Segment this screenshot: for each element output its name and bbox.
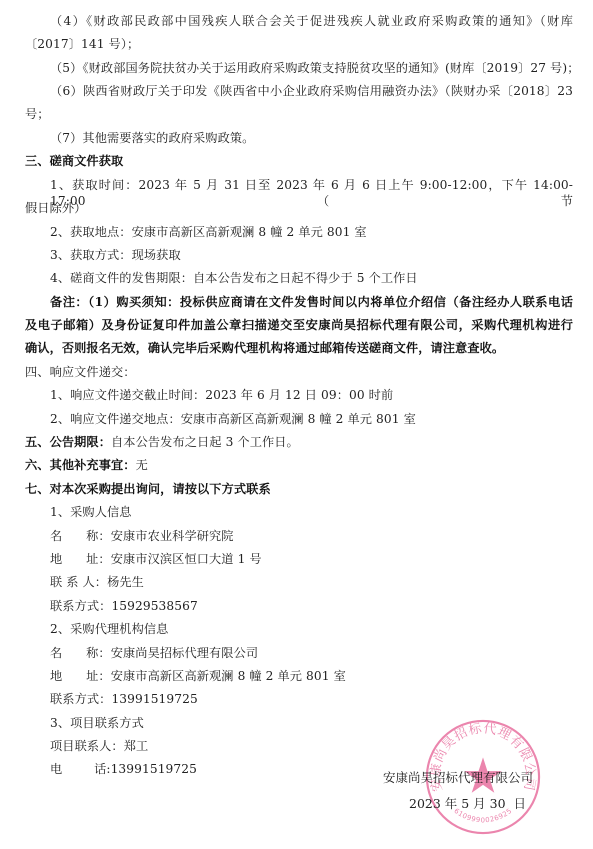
policy-item-7: （7）其他需要落实的政府采购政策。 (50, 130, 573, 146)
signature-company: 安康尚昊招标代理有限公司 (383, 770, 533, 786)
section-5-text: 自本公告发布之日起 3 个工作日。 (111, 435, 299, 449)
acquire-time-line2: 假日除外） (25, 200, 573, 216)
note-line2: 及电子邮箱）及身份证复印件加盖公章扫描递交至安康尚昊招标代理有限公司，采购代理机… (25, 317, 573, 333)
policy-item-6-line2: 号； (25, 106, 573, 122)
agency-heading: 2、采购代理机构信息 (50, 621, 573, 637)
section-5: 五、公告期限：自本公告发布之日起 3 个工作日。 (25, 434, 573, 450)
policy-item-5: （5）《财政部国务院扶贫办关于运用政府采购政策支持脱贫攻坚的通知》(财库〔201… (50, 60, 573, 76)
agency-address-label: 地 址： (50, 668, 111, 684)
agency-address-value: 安康市高新区高新观澜 8 幢 2 单元 801 室 (111, 669, 346, 683)
purchaser-phone: 联系方式：15929538567 (50, 598, 573, 614)
sale-period: 4、磋商文件的发售期限：自本公告发布之日起不得少于 5 个工作日 (50, 270, 573, 286)
section-5-title: 五、公告期限： (25, 435, 111, 449)
section-6-text: 无 (136, 458, 148, 472)
agency-address: 地 址：安康市高新区高新观澜 8 幢 2 单元 801 室 (50, 668, 573, 684)
purchaser-address: 地 址：安康市汉滨区恒口大道 1 号 (50, 551, 573, 567)
project-phone-label: 电 话: (50, 761, 111, 777)
purchaser-phone-value: 15929538567 (111, 599, 197, 613)
purchaser-address-label: 地 址： (50, 551, 111, 567)
agency-phone-value: 13991519725 (111, 692, 197, 706)
project-contact-value: 郑工 (124, 739, 149, 753)
agency-phone: 联系方式：13991519725 (50, 691, 573, 707)
purchaser-phone-label: 联系方式： (50, 598, 111, 614)
section-6: 六、其他补充事宜：无 (25, 457, 573, 473)
acquire-method: 3、获取方式：现场获取 (50, 247, 573, 263)
purchaser-address-value: 安康市汉滨区恒口大道 1 号 (111, 552, 262, 566)
agency-name-value: 安康尚昊招标代理有限公司 (111, 646, 258, 660)
section-6-title: 六、其他补充事宜： (25, 458, 136, 472)
acquire-place: 2、获取地点：安康市高新区高新观澜 8 幢 2 单元 801 室 (50, 224, 573, 240)
section-4-title: 四、响应文件递交： (25, 364, 573, 380)
note-line3: 确认，否则报名无效，确认完毕后采购代理机构将通过邮箱传送磋商文件，请注意查收。 (25, 340, 573, 356)
policy-item-4-line1: （4）《财政部民政部中国残疾人联合会关于促进残疾人就业政府采购政策的通知》（财库 (50, 13, 573, 29)
submit-deadline: 1、响应文件递交截止时间：2023 年 6 月 12 日 09：00 时前 (50, 387, 573, 403)
agency-name: 名 称：安康尚昊招标代理有限公司 (50, 645, 573, 661)
purchaser-name: 名 称：安康市农业科学研究院 (50, 528, 573, 544)
submit-place: 2、响应文件递交地点：安康市高新区高新观澜 8 幢 2 单元 801 室 (50, 411, 573, 427)
purchaser-heading: 1、采购人信息 (50, 504, 573, 520)
signature-date: 2023 年 5 月 30 日 (409, 796, 526, 812)
purchaser-contact-label: 联 系 人： (50, 574, 107, 590)
project-contact-label: 项目联系人： (50, 738, 124, 754)
agency-name-label: 名 称： (50, 645, 111, 661)
purchaser-name-value: 安康市农业科学研究院 (111, 529, 234, 543)
purchaser-contact: 联 系 人：杨先生 (50, 574, 573, 590)
policy-item-6-line1: （6）陕西省财政厅关于印发《陕西省中小企业政府采购信用融资办法》（陕财办采〔20… (50, 83, 573, 99)
section-7-title: 七、对本次采购提出询问，请按以下方式联系 (25, 481, 573, 497)
project-phone-value: 13991519725 (111, 762, 197, 776)
policy-item-4-line2: 〔2017〕141 号）； (25, 36, 573, 52)
purchaser-name-label: 名 称： (50, 528, 111, 544)
purchaser-contact-value: 杨先生 (107, 575, 144, 589)
note-line1: 备注：（1）购买须知：投标供应商请在文件发售时间以内将单位介绍信（备注经办人联系… (50, 294, 573, 310)
document-page: （4）《财政部民政部中国残疾人联合会关于促进残疾人就业政府采购政策的通知》（财库… (0, 0, 593, 849)
section-3-title: 三、磋商文件获取 (25, 153, 573, 169)
agency-phone-label: 联系方式： (50, 691, 111, 707)
